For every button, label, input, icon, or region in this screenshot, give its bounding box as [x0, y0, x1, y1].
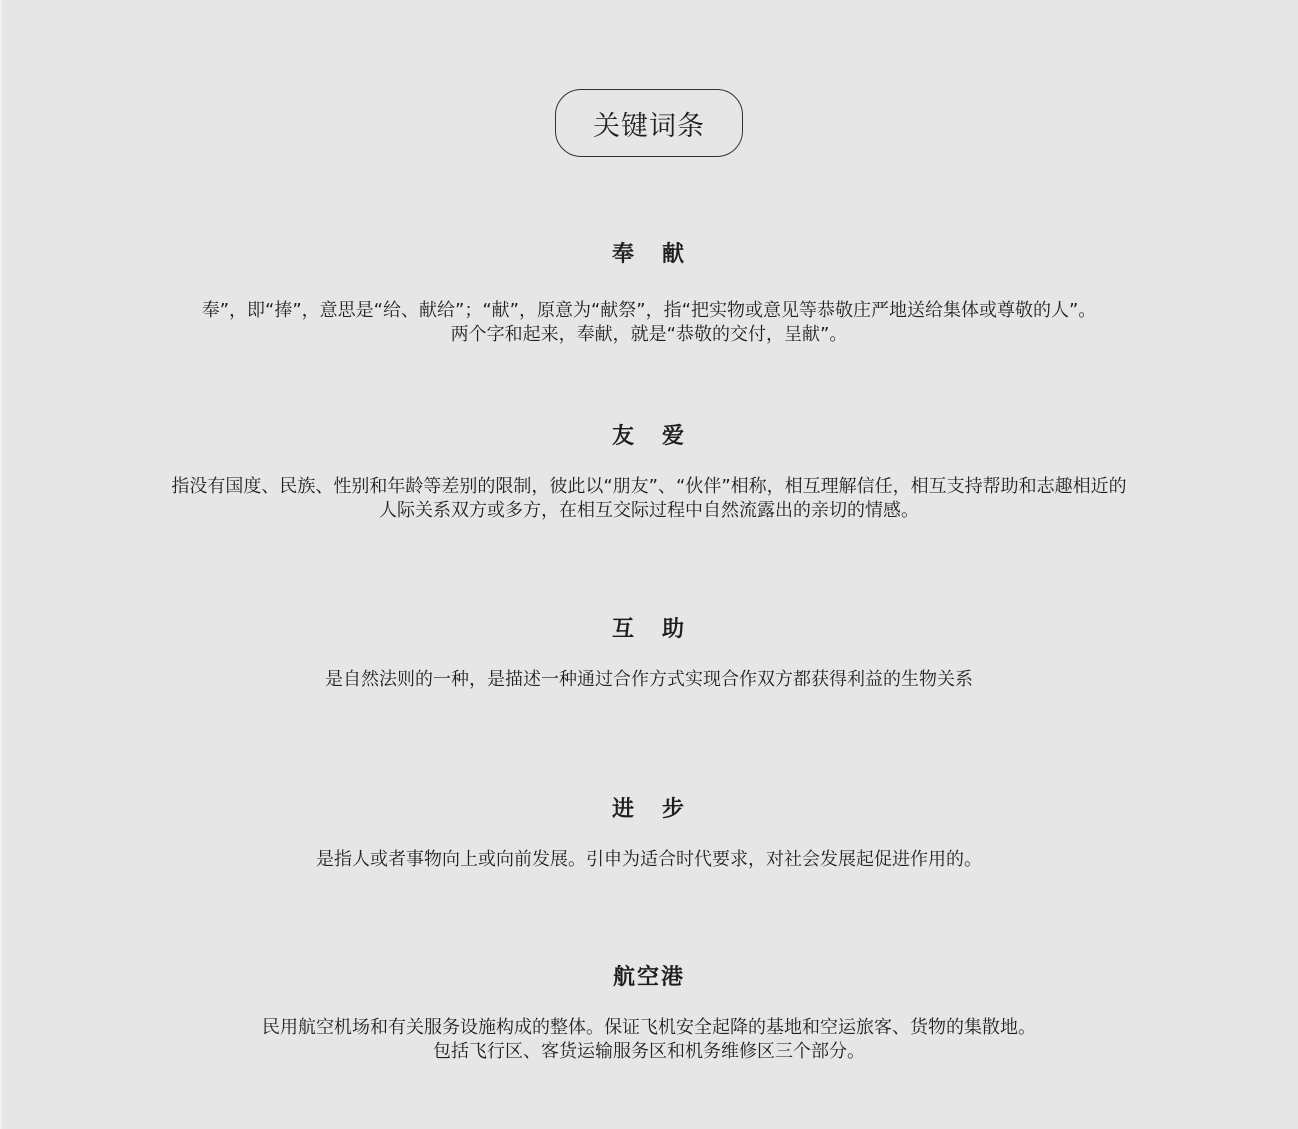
section-description: 是指人或者事物向上或向前发展。引申为适合时代要求，对社会发展起促进作用的。 [0, 848, 1298, 872]
heading-char: 友 [612, 424, 636, 449]
section-fengxian: 奉献 奉”，即“捧”，意思是“给、献给”；“献”，原意为“献祭”，指“把实物或意… [0, 241, 1298, 347]
section-youai: 友爱 指没有国度、民族、性别和年龄等差别的限制，彼此以“朋友”、“伙伴”相称，相… [0, 423, 1298, 523]
heading-char: 步 [662, 797, 686, 822]
heading-char: 进 [612, 797, 636, 822]
description-line: 两个字和起来，奉献，就是“恭敬的交付，呈献”。 [0, 323, 1298, 347]
keywords-title-badge: 关键词条 [555, 89, 743, 157]
description-line: 是自然法则的一种，是描述一种通过合作方式实现合作双方都获得利益的生物关系 [0, 668, 1298, 692]
description-line: 奉”，即“捧”，意思是“给、献给”；“献”，原意为“献祭”，指“把实物或意见等恭… [0, 299, 1298, 323]
heading-char: 助 [662, 617, 686, 642]
section-description: 民用航空机场和有关服务设施构成的整体。保证飞机安全起降的基地和空运旅客、货物的集… [0, 1016, 1298, 1064]
heading-char: 奉 [612, 242, 636, 267]
section-description: 指没有国度、民族、性别和年龄等差别的限制，彼此以“朋友”、“伙伴”相称，相互理解… [0, 475, 1298, 523]
keywords-title: 关键词条 [593, 104, 705, 143]
section-heading: 奉献 [0, 241, 1298, 269]
description-line: 是指人或者事物向上或向前发展。引申为适合时代要求，对社会发展起促进作用的。 [0, 848, 1298, 872]
page-edge [0, 0, 2, 1129]
section-jinbu: 进步 是指人或者事物向上或向前发展。引申为适合时代要求，对社会发展起促进作用的。 [0, 796, 1298, 872]
description-line: 包括飞行区、客货运输服务区和机务维修区三个部分。 [0, 1040, 1298, 1064]
description-line: 民用航空机场和有关服务设施构成的整体。保证飞机安全起降的基地和空运旅客、货物的集… [0, 1016, 1298, 1040]
heading-char: 爱 [662, 424, 686, 449]
heading-char: 献 [662, 242, 686, 267]
description-line: 人际关系双方或多方，在相互交际过程中自然流露出的亲切的情感。 [0, 499, 1298, 523]
section-hangkonggang: 航空港 民用航空机场和有关服务设施构成的整体。保证飞机安全起降的基地和空运旅客、… [0, 964, 1298, 1064]
description-line: 指没有国度、民族、性别和年龄等差别的限制，彼此以“朋友”、“伙伴”相称，相互理解… [0, 475, 1298, 499]
section-heading: 进步 [0, 796, 1298, 824]
heading-char: 互 [612, 617, 636, 642]
section-heading: 互助 [0, 616, 1298, 644]
section-heading: 航空港 [0, 964, 1298, 992]
section-description: 奉”，即“捧”，意思是“给、献给”；“献”，原意为“献祭”，指“把实物或意见等恭… [0, 299, 1298, 347]
section-heading: 友爱 [0, 423, 1298, 451]
section-description: 是自然法则的一种，是描述一种通过合作方式实现合作双方都获得利益的生物关系 [0, 668, 1298, 692]
section-huzhu: 互助 是自然法则的一种，是描述一种通过合作方式实现合作双方都获得利益的生物关系 [0, 616, 1298, 692]
